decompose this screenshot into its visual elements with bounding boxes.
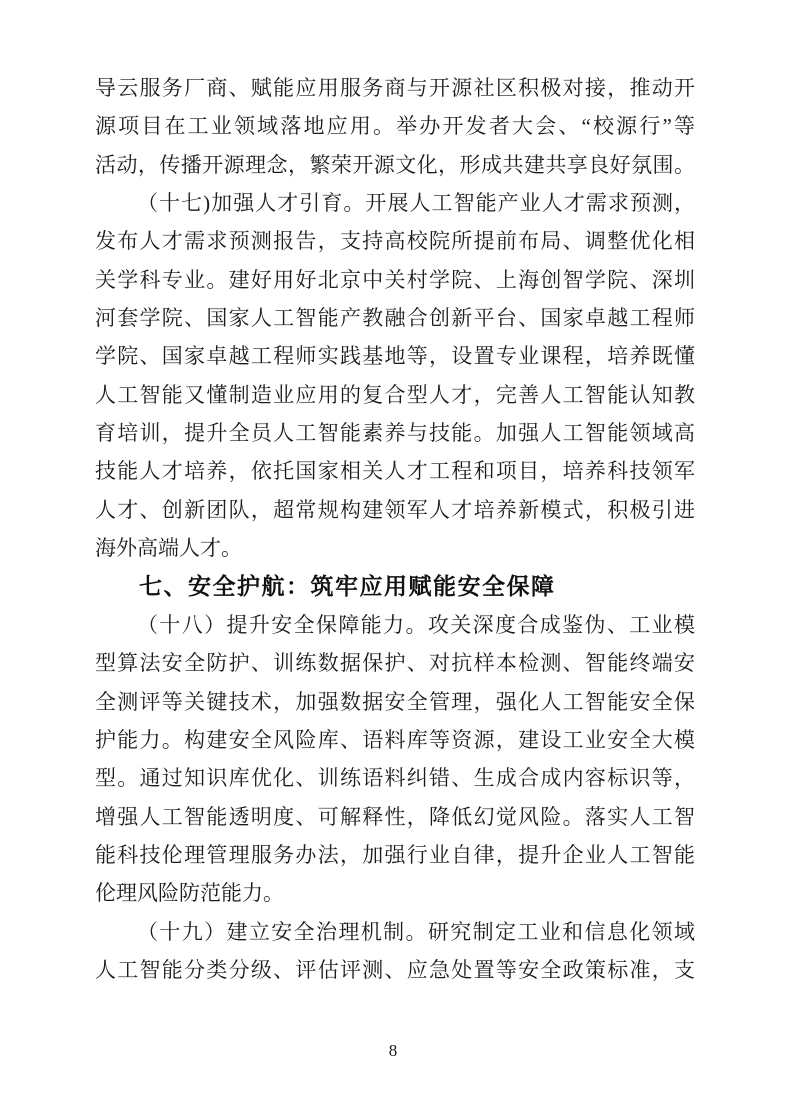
text-line: 伦理风险防范能力。 — [95, 874, 695, 912]
section-7-heading: 七、安全护航：筑牢应用赋能安全保障 — [95, 567, 695, 605]
text-line: 全测评等关键技术，加强数据安全管理，强化人工智能安全保 — [95, 683, 695, 721]
text-line: 能科技伦理管理服务办法，加强行业自律，提升企业人工智能 — [95, 836, 695, 874]
text-line: 河套学院、国家人工智能产教融合创新平台、国家卓越工程师 — [95, 299, 695, 337]
text-line: 增强人工智能透明度、可解释性，降低幻觉风险。落实人工智 — [95, 798, 695, 836]
paragraph-19: （十九）建立安全治理机制。研究制定工业和信息化领域 人工智能分类分级、评估评测、… — [95, 913, 695, 990]
text-line: 关学科专业。建好用好北京中关村学院、上海创智学院、深圳 — [95, 261, 695, 299]
text-line: 护能力。构建安全风险库、语料库等资源，建设工业安全大模 — [95, 721, 695, 759]
text-line: 活动，传播开源理念，繁荣开源文化，形成共建共享良好氛围。 — [95, 146, 695, 184]
text-line: 海外高端人才。 — [95, 529, 695, 567]
text-line: 学院、国家卓越工程师实践基地等，设置专业课程，培养既懂 — [95, 337, 695, 375]
text-line: 型算法安全防护、训练数据保护、对抗样本检测、智能终端安 — [95, 644, 695, 682]
text-line: 技能人才培养，依托国家相关人才工程和项目，培养科技领军 — [95, 452, 695, 490]
text-line: （十八）提升安全保障能力。攻关深度合成鉴伪、工业模 — [95, 606, 695, 644]
text-line: 型。通过知识库优化、训练语料纠错、生成合成内容标识等， — [95, 759, 695, 797]
text-line: 育培训，提升全员人工智能素养与技能。加强人工智能领域高 — [95, 414, 695, 452]
text-line: 人工智能分类分级、评估评测、应急处置等安全政策标准，支 — [95, 951, 695, 989]
document-page: 导云服务厂商、赋能应用服务商与开源社区积极对接，推动开 源项目在工业领域落地应用… — [0, 0, 786, 1116]
text-line: 导云服务厂商、赋能应用服务商与开源社区积极对接，推动开 — [95, 69, 695, 107]
text-line: 源项目在工业领域落地应用。举办开发者大会、“校源行”等 — [95, 107, 695, 145]
text-line: （十七)加强人才引育。开展人工智能产业人才需求预测， — [95, 184, 695, 222]
paragraph-continuation: 导云服务厂商、赋能应用服务商与开源社区积极对接，推动开 源项目在工业领域落地应用… — [95, 69, 695, 184]
text-line: 发布人才需求预测报告，支持高校院所提前布局、调整优化相 — [95, 222, 695, 260]
text-block: 导云服务厂商、赋能应用服务商与开源社区积极对接，推动开 源项目在工业领域落地应用… — [95, 69, 695, 989]
page-number: 8 — [0, 1041, 786, 1061]
paragraph-17: （十七)加强人才引育。开展人工智能产业人才需求预测， 发布人才需求预测报告，支持… — [95, 184, 695, 567]
text-line: 人才、创新团队，超常规构建领军人才培养新模式，积极引进 — [95, 491, 695, 529]
paragraph-18: （十八）提升安全保障能力。攻关深度合成鉴伪、工业模 型算法安全防护、训练数据保护… — [95, 606, 695, 913]
text-line: （十九）建立安全治理机制。研究制定工业和信息化领域 — [95, 913, 695, 951]
text-line: 人工智能又懂制造业应用的复合型人才，完善人工智能认知教 — [95, 376, 695, 414]
